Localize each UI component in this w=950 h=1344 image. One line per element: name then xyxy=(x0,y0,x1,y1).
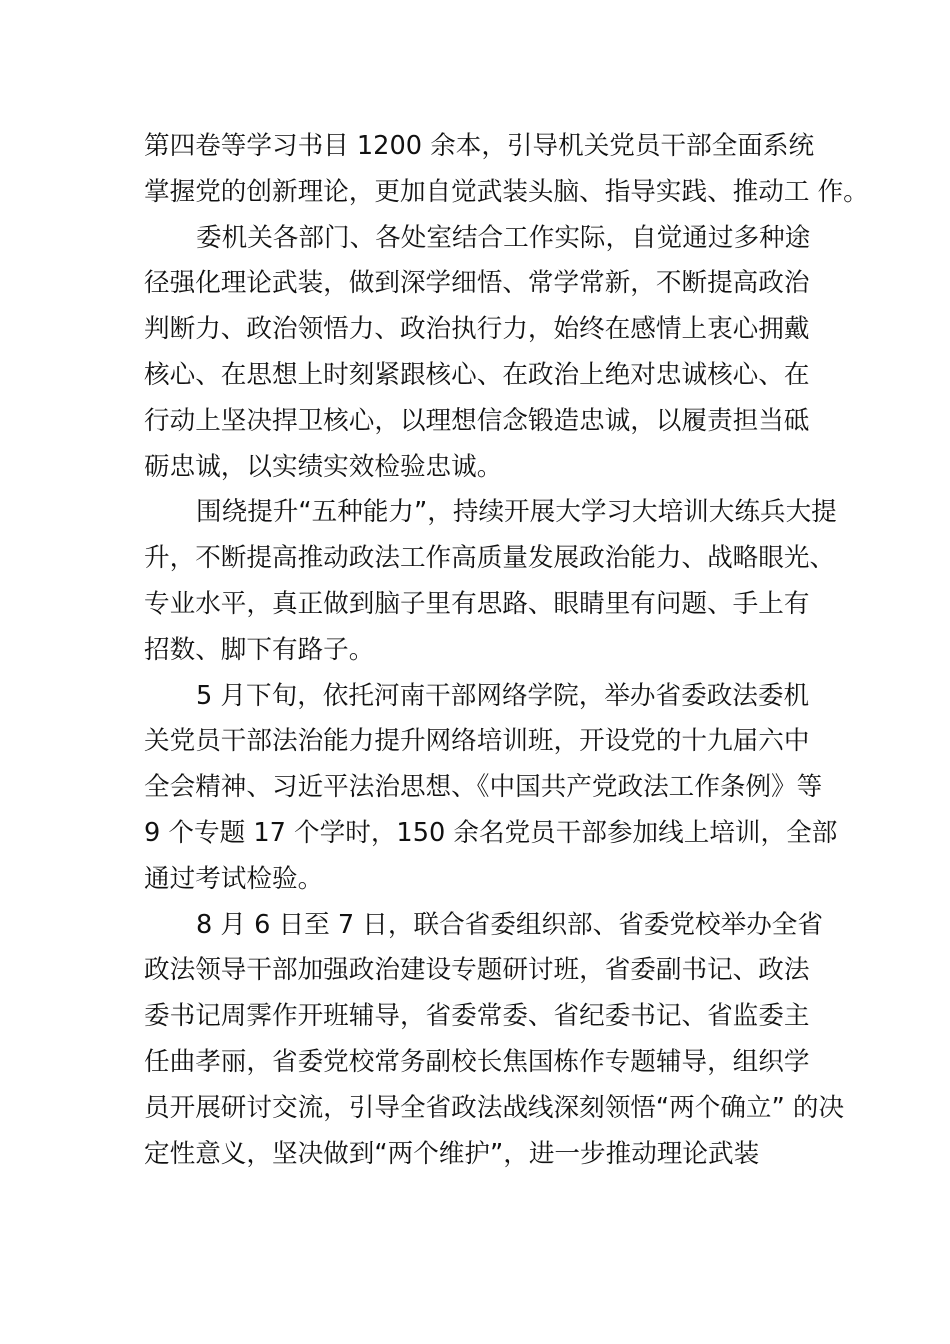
text-line: 8 月 6 日至 7 日，联合省委组织部、省委党校举办全省 xyxy=(144,903,810,949)
paragraph-august-seminar: 8 月 6 日至 7 日，联合省委组织部、省委党校举办全省 政法领导干部加强政治… xyxy=(144,903,810,1178)
text-line: 通过考试检验。 xyxy=(144,857,810,903)
text-line: 行动上坚决捍卫核心，以理想信念锻造忠诚，以履责担当砥 xyxy=(144,399,810,445)
paragraph-study-books: 第四卷等学习书目 1200 余本，引导机关党员干部全面系统 掌握党的创新理论，更… xyxy=(144,124,810,216)
document-page: 第四卷等学习书目 1200 余本，引导机关党员干部全面系统 掌握党的创新理论，更… xyxy=(144,124,810,1177)
paragraph-may-training: 5 月下旬，依托河南干部网络学院，举办省委政法委机 关党员干部法治能力提升网络培… xyxy=(144,674,810,903)
text-line: 政法领导干部加强政治建设专题研讨班，省委副书记、政法 xyxy=(144,948,810,994)
text-line: 委书记周霁作开班辅导，省委常委、省纪委书记、省监委主 xyxy=(144,994,810,1040)
text-line: 9 个专题 17 个学时，150 余名党员干部参加线上培训，全部 xyxy=(144,811,810,857)
text-line: 委机关各部门、各处室结合工作实际，自觉通过多种途 xyxy=(144,216,810,262)
text-line: 关党员干部法治能力提升网络培训班，开设党的十九届六中 xyxy=(144,719,810,765)
text-line: 招数、脚下有路子。 xyxy=(144,628,810,674)
paragraph-five-abilities: 围绕提升“五种能力”，持续开展大学习大培训大练兵大提 升，不断提高推动政法工作高… xyxy=(144,490,810,673)
text-line: 任曲孝丽，省委党校常务副校长焦国栋作专题辅导，组织学 xyxy=(144,1040,810,1086)
text-line: 定性意义，坚决做到“两个维护”，进一步推动理论武装 xyxy=(144,1132,810,1178)
text-line: 径强化理论武装，做到深学细悟、常学常新，不断提高政治 xyxy=(144,261,810,307)
text-line: 围绕提升“五种能力”，持续开展大学习大培训大练兵大提 xyxy=(144,490,810,536)
paragraph-theory-armament: 委机关各部门、各处室结合工作实际，自觉通过多种途 径强化理论武装，做到深学细悟、… xyxy=(144,216,810,491)
text-line: 第四卷等学习书目 1200 余本，引导机关党员干部全面系统 xyxy=(144,124,810,170)
text-line: 专业水平，真正做到脑子里有思路、眼睛里有问题、手上有 xyxy=(144,582,810,628)
text-line: 5 月下旬，依托河南干部网络学院，举办省委政法委机 xyxy=(144,674,810,720)
text-line: 掌握党的创新理论，更加自觉武装头脑、指导实践、推动工 作。 xyxy=(144,170,810,216)
text-line: 全会精神、习近平法治思想、《中国共产党政法工作条例》等 xyxy=(144,765,810,811)
text-line: 员开展研讨交流，引导全省政法战线深刻领悟“两个确立” 的决 xyxy=(144,1086,810,1132)
text-line: 判断力、政治领悟力、政治执行力，始终在感情上衷心拥戴 xyxy=(144,307,810,353)
text-line: 升，不断提高推动政法工作高质量发展政治能力、战略眼光、 xyxy=(144,536,810,582)
text-line: 核心、在思想上时刻紧跟核心、在政治上绝对忠诚核心、在 xyxy=(144,353,810,399)
text-line: 砺忠诚，以实绩实效检验忠诚。 xyxy=(144,445,810,491)
